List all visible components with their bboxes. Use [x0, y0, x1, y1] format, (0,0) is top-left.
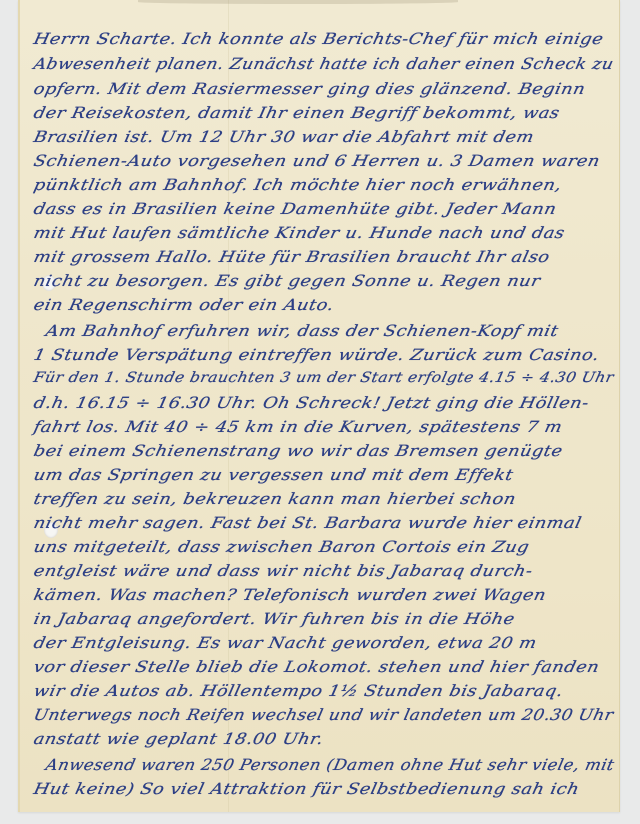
handwritten-line: Abwesenheit planen. Zunächst hatte ich d… [32, 55, 615, 73]
handwritten-line: bei einem Schienenstrang wo wir das Brem… [32, 442, 565, 460]
handwritten-line: Herrn Scharte. Ich konnte als Berichts-C… [32, 30, 605, 48]
handwritten-line: entgleist wäre und dass wir nicht bis Ja… [32, 562, 534, 580]
handwritten-line: ein Regenschirm oder ein Auto. [32, 296, 336, 314]
handwritten-line: d.h. 16.15 ÷ 16.30 Uhr. Oh Schreck! Jetz… [32, 394, 591, 412]
paper-fold-shadow [138, 0, 458, 4]
handwritten-line: fahrt los. Mit 40 ÷ 45 km in die Kurven,… [32, 418, 564, 436]
handwritten-line: um das Springen zu vergessen und mit dem… [32, 466, 515, 484]
handwritten-line: mit grossem Hallo. Hüte für Brasilien br… [32, 248, 552, 266]
handwritten-line: 1 Stunde Verspätung eintreffen würde. Zu… [32, 346, 601, 364]
handwritten-line: Am Bahnhof erfuhren wir, dass der Schien… [44, 322, 560, 340]
handwritten-line: kämen. Was machen? Telefonisch wurden zw… [32, 586, 548, 604]
handwritten-line: vor dieser Stelle blieb die Lokomot. ste… [32, 658, 601, 676]
handwritten-line: Schienen-Auto vorgesehen und 6 Herren u.… [32, 152, 602, 170]
handwritten-line: Anwesend waren 250 Personen (Damen ohne … [44, 756, 616, 774]
handwritten-line: wir die Autos ab. Höllentempo 1½ Stunden… [32, 682, 565, 700]
handwritten-line: uns mitgeteilt, dass zwischen Baron Cort… [32, 538, 531, 556]
handwritten-line: Für den 1. Stunde brauchten 3 um der Sta… [32, 370, 615, 386]
handwritten-line: Brasilien ist. Um 12 Uhr 30 war die Abfa… [32, 128, 536, 146]
handwritten-line: treffen zu sein, bekreuzen kann man hier… [32, 490, 518, 508]
handwritten-line: in Jabaraq angefordert. Wir fuhren bis i… [32, 610, 517, 628]
handwritten-line: nicht mehr sagen. Fast bei St. Barbara w… [32, 514, 583, 532]
handwritten-line: Hut keine) So viel Attraktion für Selbst… [32, 780, 581, 798]
handwritten-line: der Reisekosten, damit Ihr einen Begriff… [32, 104, 562, 122]
handwritten-line: der Entgleisung. Es war Nacht geworden, … [32, 634, 539, 652]
handwritten-line: pünktlich am Bahnhof. Ich möchte hier no… [32, 176, 564, 194]
letter-page: Herrn Scharte. Ich konnte als Berichts-C… [18, 0, 620, 812]
handwritten-line: nicht zu besorgen. Es gibt gegen Sonne u… [32, 272, 542, 290]
handwritten-line: Unterwegs noch Reifen wechsel und wir la… [32, 706, 615, 724]
handwritten-line: anstatt wie geplant 18.00 Uhr. [32, 730, 325, 748]
handwritten-line: mit Hut laufen sämtliche Kinder u. Hunde… [32, 224, 567, 242]
handwritten-line: opfern. Mit dem Rasiermesser ging dies g… [32, 80, 587, 98]
handwritten-line: dass es in Brasilien keine Damenhüte gib… [32, 200, 558, 218]
